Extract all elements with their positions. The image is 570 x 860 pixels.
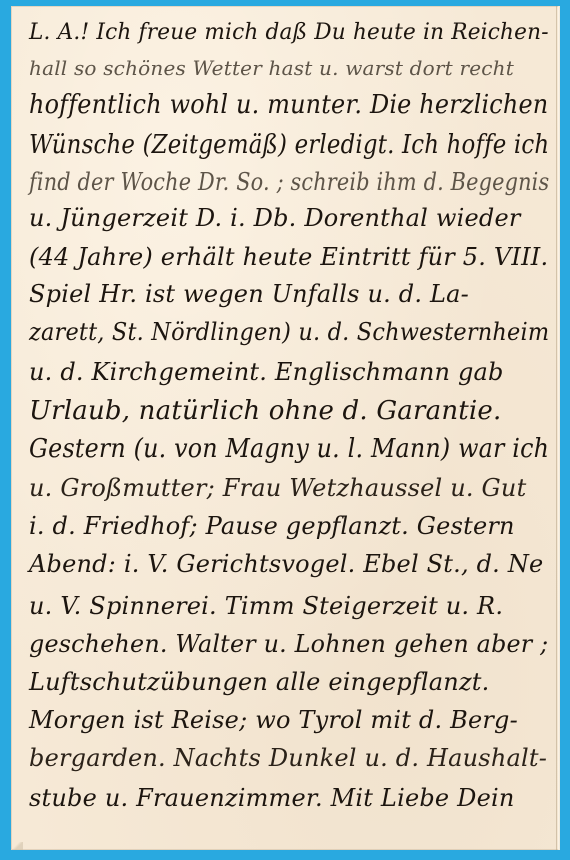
handwritten-line: i. d. Friedhof; Pause gepflanzt. Gestern — [29, 510, 549, 542]
handwritten-line: Wünsche (Zeitgemäß) erledigt. Ich hoffe … — [29, 128, 487, 162]
handwritten-line: L. A.! Ich freue mich daß Du heute in Re… — [29, 18, 539, 48]
handwritten-line: Luftschutzübungen alle eingepflanzt. — [29, 666, 549, 698]
handwritten-line: stube u. Frauenzimmer. Mit Liebe Dein — [29, 782, 549, 814]
handwritten-line: Gestern (u. von Magny u. l. Mann) war ic… — [29, 432, 505, 466]
handwritten-line: u. d. Kirchgemeint. Englischmann gab — [29, 356, 549, 388]
handwritten-line: hoffentlich wohl u. munter. Die herzlich… — [29, 88, 507, 122]
handwritten-line: u. Jüngerzeit D. i. Db. Dorenthal wieder — [29, 202, 549, 234]
handwritten-line: u. V. Spinnerei. Timm Steigerzeit u. R. — [29, 590, 549, 622]
handwritten-line: (44 Jahre) erhält heute Eintritt für 5. … — [29, 241, 549, 273]
handwritten-line: u. Großmutter; Frau Wetzhaussel u. Gut — [29, 472, 549, 504]
handwritten-line: zarett, St. Nördlingen) u. d. Schwestern… — [29, 316, 515, 348]
handwritten-line: geschehen. Walter u. Lohnen gehen aber ; — [29, 628, 545, 660]
handwritten-line: Urlaub, natürlich ohne d. Garantie. — [29, 394, 549, 428]
handwritten-line: hall so schönes Wetter hast u. warst dor… — [29, 54, 549, 82]
handwritten-line: find der Woche Dr. So. ; schreib ihm d. … — [29, 166, 480, 198]
handwritten-line: bergarden. Nachts Dunkel u. d. Haushalt- — [29, 742, 549, 774]
worn-corner — [11, 842, 23, 850]
handwritten-line: Morgen ist Reise; wo Tyrol mit d. Berg- — [29, 704, 549, 736]
fold-line-highlight — [558, 6, 560, 850]
postcard: L. A.! Ich freue mich daß Du heute in Re… — [11, 6, 560, 850]
handwritten-line: Spiel Hr. ist wegen Unfalls u. d. La- — [29, 278, 549, 310]
handwritten-line: Abend: i. V. Gerichtsvogel. Ebel St., d.… — [29, 548, 549, 580]
fold-line — [556, 6, 557, 850]
